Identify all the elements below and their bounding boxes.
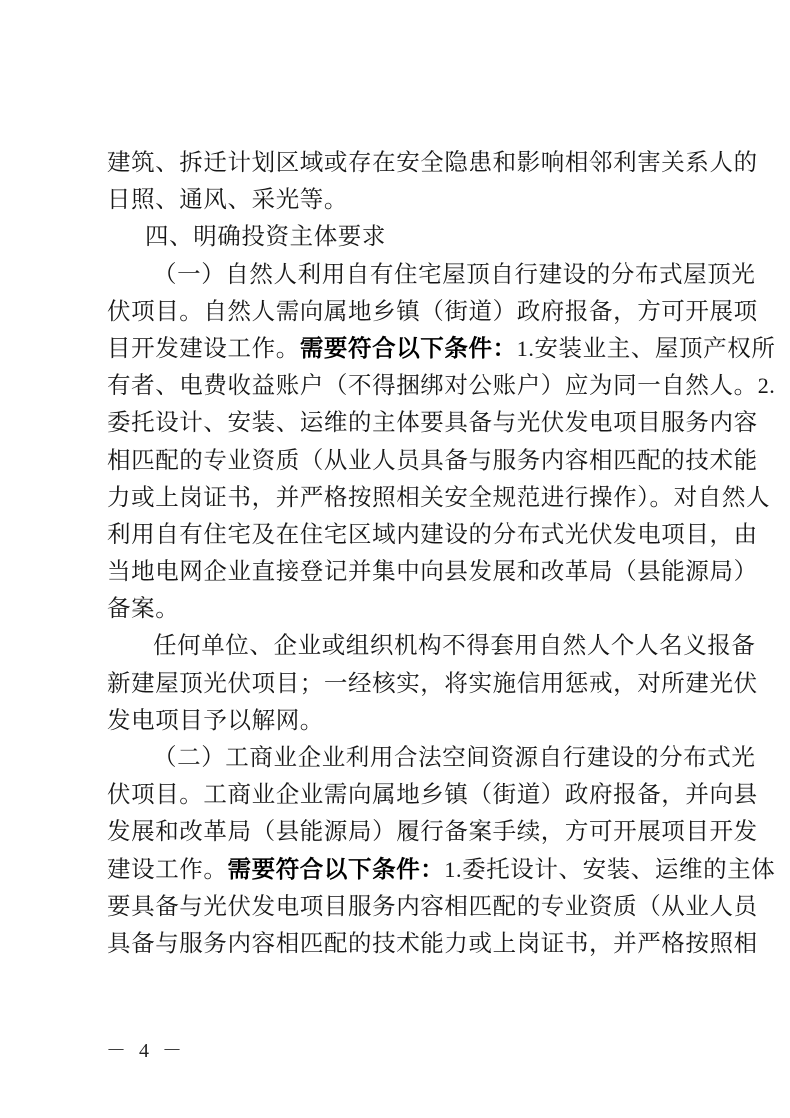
text-line: 具备与服务内容相匹配的技术能力或上岗证书，并严格按照相 [107,925,697,962]
list-number: 1. [517,336,535,361]
document-page: 建筑、拆迁计划区域或存在安全隐患和影响相邻利害关系人的 日照、通风、采光等。 四… [0,0,790,1118]
text-line: 要具备与光伏发电项目服务内容相匹配的专业资质（从业人员 [107,888,697,925]
text-segment: 有者、电费收益账户（不得捆绑对公账户）应为同一自然人。 [107,371,758,399]
text-segment: 建设工作。 [107,855,228,883]
document-body: 建筑、拆迁计划区域或存在安全隐患和影响相邻利害关系人的 日照、通风、采光等。 四… [107,144,697,962]
page-number: － 4 － [106,1034,186,1063]
text-line: 当地电网企业直接登记并集中向县发展和改革局（县能源局） [107,553,697,590]
text-line: 备案。 [107,590,697,627]
section-heading-investment-subject: 四、明确投资主体要求 [107,218,697,255]
text-line-with-conditions: 建设工作。需要符合以下条件：1.委托设计、安装、运维的主体 [107,851,697,888]
text-segment: 目开发建设工作。 [107,334,300,362]
paragraph-prohibition: 任何单位、企业或组织机构不得套用自然人个人名义报备 [107,627,697,664]
text-line: 建筑、拆迁计划区域或存在安全隐患和影响相邻利害关系人的 [107,144,697,181]
text-line-with-conditions: 目开发建设工作。需要符合以下条件：1.安装业主、屋顶产权所 [107,330,697,367]
bold-conditions-label: 需要符合以下条件： [228,855,445,883]
text-line: 相匹配的专业资质（从业人员具备与服务内容相匹配的技术能 [107,442,697,479]
text-line: 发展和改革局（县能源局）履行备案手续，方可开展项目开发 [107,813,697,850]
text-line: 伏项目。工商业企业需向属地乡镇（街道）政府报备，并向县 [107,776,697,813]
text-line: 发电项目予以解网。 [107,702,697,739]
list-number: 1. [444,857,462,882]
text-line: 委托设计、安装、运维的主体要具备与光伏发电项目服务内容 [107,404,697,441]
bold-conditions-label: 需要符合以下条件： [300,334,517,362]
text-line: 日照、通风、采光等。 [107,181,697,218]
text-segment: 安装业主、屋顶产权所 [534,334,775,362]
text-line: 利用自有住宅及在住宅区域内建设的分布式光伏发电项目，由 [107,516,697,553]
text-line: 新建屋顶光伏项目；一经核实，将实施信用惩戒，对所建光伏 [107,665,697,702]
text-line: 力或上岗证书，并严格按照相关安全规范进行操作）。对自然人 [107,479,697,516]
text-line: 伏项目。自然人需向属地乡镇（街道）政府报备，方可开展项 [107,293,697,330]
subsection-heading-commercial: （二）工商业企业利用合法空间资源自行建设的分布式光 [107,739,697,776]
text-segment: 委托设计、安装、运维的主体 [462,855,775,883]
text-line: 有者、电费收益账户（不得捆绑对公账户）应为同一自然人。2. [107,367,697,404]
subsection-heading-natural-person: （一）自然人利用自有住宅屋顶自行建设的分布式屋顶光 [107,256,697,293]
list-number: 2. [758,373,776,398]
